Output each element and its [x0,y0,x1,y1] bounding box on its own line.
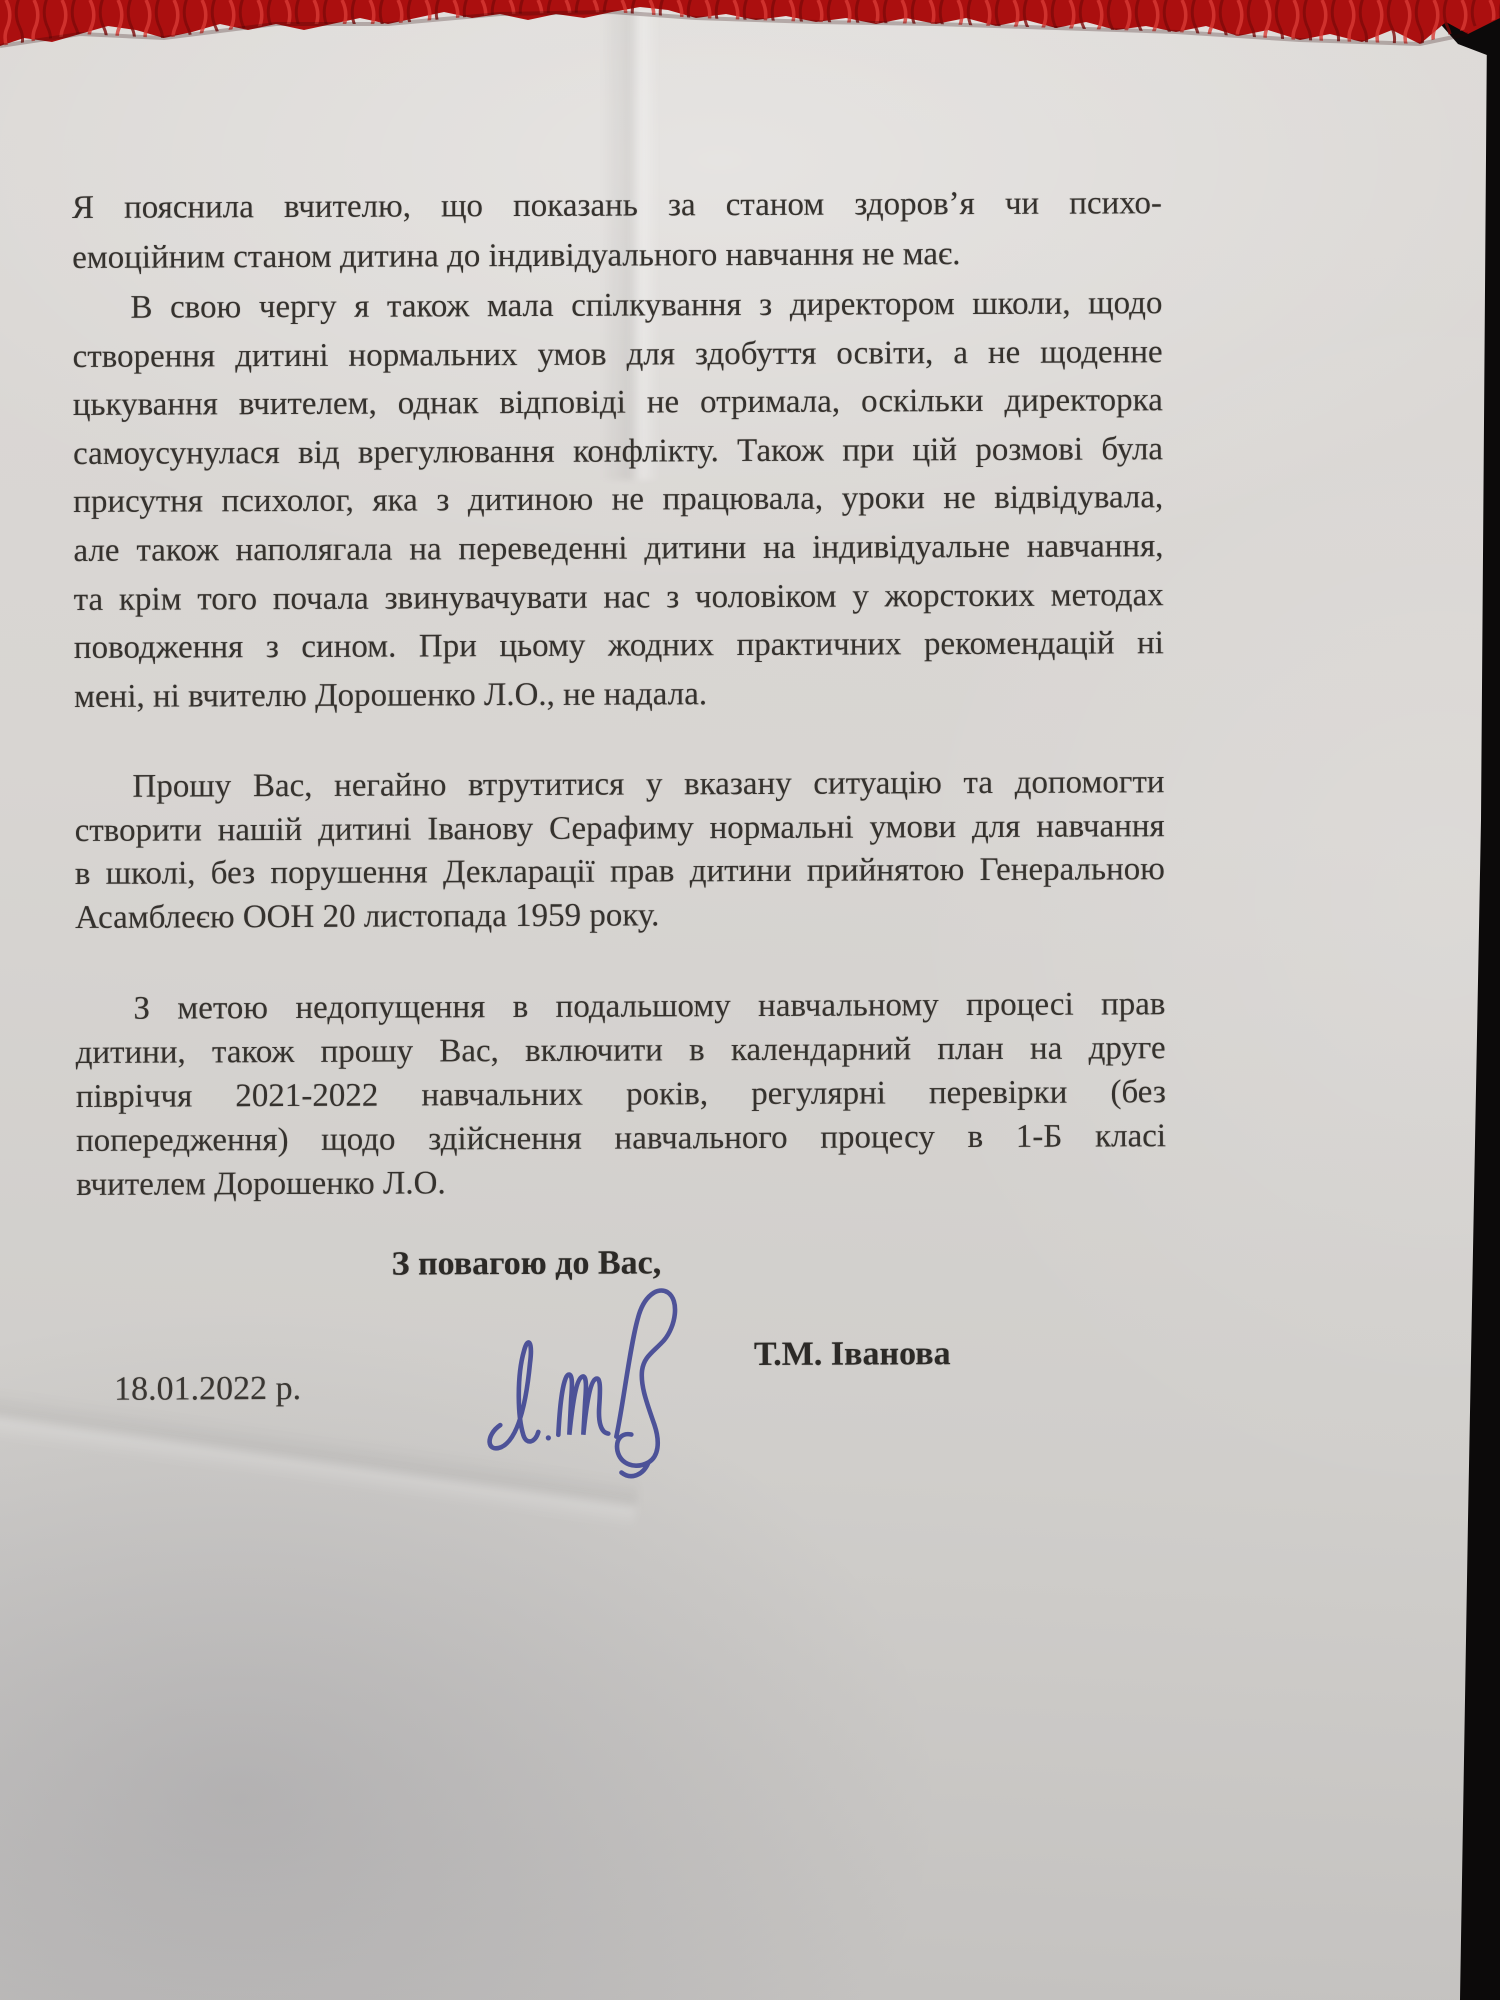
closing-salutation: З повагою до Вас, [392,1244,662,1283]
letter-line: поводження з сином. При цьому жодних пра… [74,619,1164,672]
paragraph-3: Прошу Вас, негайно втрутитися у вказану … [74,761,1165,940]
letter-line: З метою недопущення в подальшому навчаль… [75,982,1165,1031]
letter-line: емоційним станом дитина до індивідуально… [72,228,1162,283]
paragraph-4: З метою недопущення в подальшому навчаль… [75,982,1166,1207]
letter-line: присутня психолог, яка з дитиною не прац… [73,474,1163,527]
letter-line: мені, ні вчителю Дорошенко Л.О., не нада… [74,668,1164,721]
handwritten-signature-icon [470,1282,721,1483]
letter-line: півріччя 2021-2022 навчальних років, рег… [76,1070,1166,1119]
letter-line: але також наполягала на переведенні дити… [73,522,1163,575]
letter-line: та крім того почала звинувачувати нас з … [74,571,1164,624]
signee-name: Т.М. Іванова [754,1335,951,1374]
letter-line: дитини, також прошу Вас, включити в кале… [76,1026,1166,1075]
letter-line: самоусунулася від врегулювання конфлікту… [73,425,1163,478]
letter-line: в школі, без порушення Декларації прав д… [75,848,1165,896]
letter-line: створити нашій дитині Іванову Серафиму н… [75,805,1165,853]
letter-line: цькування вчителем, однак відповіді не о… [73,376,1163,429]
letter-line: Прошу Вас, негайно втрутитися у вказану … [74,761,1164,809]
letter-date: 18.01.2022 р. [114,1370,301,1409]
paragraph-2: В свою чергу я також мала спілкування з … [72,279,1164,721]
letter-content: Я пояснила вчителю, що показань за стано… [0,0,1500,2000]
photo-of-letter: Я пояснила вчителю, що показань за стано… [0,0,1500,2000]
paragraph-1: Я пояснила вчителю, що показань за стано… [72,178,1162,283]
letter-line: створення дитині нормальних умов для здо… [73,328,1163,381]
letter-line: В свою чергу я також мала спілкування з … [72,279,1162,332]
letter-line: Я пояснила вчителю, що показань за стано… [72,178,1162,233]
letter-line: попередження) щодо здійснення навчальног… [76,1114,1166,1163]
letter-line: Асамблеєю ООН 20 листопада 1959 року. [75,892,1165,940]
letter-line: вчителем Дорошенко Л.О. [76,1158,1166,1207]
